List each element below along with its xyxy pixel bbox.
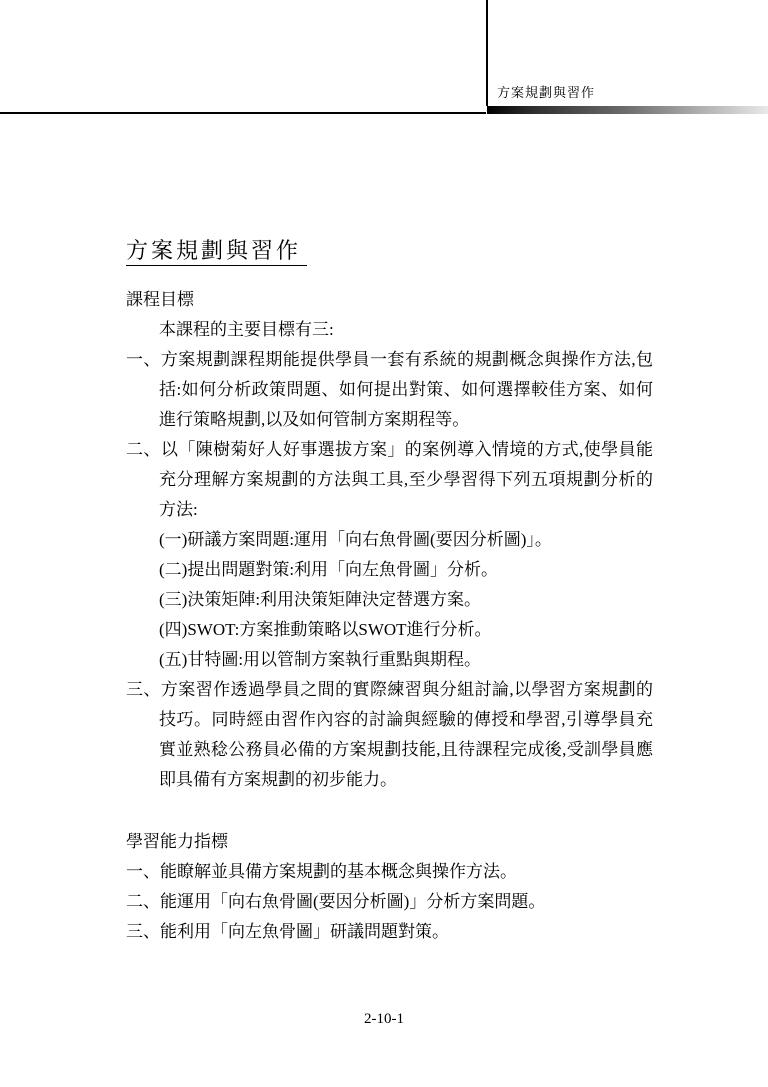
header-horizontal-rule	[0, 112, 486, 114]
list-item: 一、方案規劃課程期能提供學員一套有系統的規劃概念與操作方法,包括:如何分析政策問…	[126, 345, 653, 435]
sub-list-item: (五)甘特圖:用以管制方案執行重點與期程。	[159, 645, 653, 675]
page-footer: 2-10-1	[0, 1008, 768, 1030]
section-heading-learning-indicators: 學習能力指標	[126, 827, 653, 857]
document-page: 方案規劃與習作 方案規劃與習作 課程目標 本課程的主要目標有三: 一、方案規劃課…	[0, 0, 768, 1087]
header-vertical-rule	[486, 0, 488, 106]
list-item: 二、能運用「向右魚骨圖(要因分析圖)」分析方案問題。	[126, 887, 653, 917]
sub-list-item: (二)提出問題對策:利用「向左魚骨圖」分析。	[159, 555, 653, 585]
list-item-label: 一、	[126, 862, 160, 881]
list-item-text: 以「陳樹菊好人好事選拔方案」的案例導入情境的方式,使學員能充分理解方案規劃的方法…	[159, 440, 653, 519]
section-heading-course-objectives: 課程目標	[126, 285, 653, 315]
intro-line: 本課程的主要目標有三:	[126, 315, 653, 345]
list-item: 三、方案習作透過學員之間的實際練習與分組討論,以學習方案規劃的技巧。同時經由習作…	[126, 675, 653, 795]
list-item: 一、能瞭解並具備方案規劃的基本概念與操作方法。	[126, 857, 653, 887]
page-number: 2-10-1	[364, 1011, 404, 1027]
document-body: 方案規劃與習作 課程目標 本課程的主要目標有三: 一、方案規劃課程期能提供學員一…	[126, 238, 653, 947]
list-item: 二、以「陳樹菊好人好事選拔方案」的案例導入情境的方式,使學員能充分理解方案規劃的…	[126, 435, 653, 525]
list-item-label: 二、	[126, 440, 161, 459]
list-item-text: 能利用「向左魚骨圖」研議問題對策。	[160, 922, 449, 941]
sub-list-item: (三)決策矩陣:利用決策矩陣決定替選方案。	[159, 585, 653, 615]
list-item-text: 方案規劃課程期能提供學員一套有系統的規劃概念與操作方法,包括:如何分析政策問題、…	[159, 350, 653, 429]
list-item-label: 二、	[126, 892, 160, 911]
sub-list-item: (四)SWOT:方案推動策略以SWOT進行分析。	[159, 615, 653, 645]
list-item: 三、能利用「向左魚骨圖」研議問題對策。	[126, 917, 653, 947]
document-title: 方案規劃與習作	[126, 239, 307, 266]
list-item-text: 能運用「向右魚骨圖(要因分析圖)」分析方案問題。	[160, 892, 545, 911]
header-gradient-bar	[487, 106, 768, 114]
running-title: 方案規劃與習作	[497, 85, 595, 100]
sub-list-item: (一)研議方案問題:運用「向右魚骨圖(要因分析圖)」。	[159, 525, 653, 555]
list-item-label: 一、	[126, 350, 161, 369]
list-item-label: 三、	[126, 922, 160, 941]
list-item-text: 能瞭解並具備方案規劃的基本概念與操作方法。	[160, 862, 517, 881]
list-item-label: 三、	[126, 680, 161, 699]
list-item-text: 方案習作透過學員之間的實際練習與分組討論,以學習方案規劃的技巧。同時經由習作內容…	[159, 680, 653, 789]
